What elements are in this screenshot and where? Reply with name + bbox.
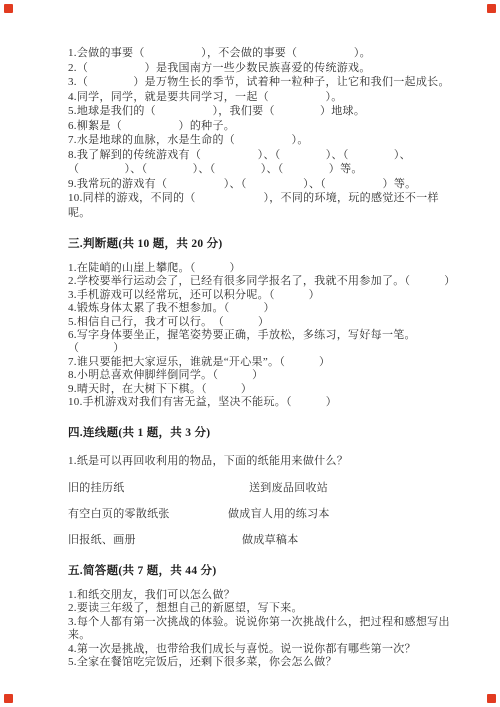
fill-question-line: 10.同样的游戏，不同的（ ），不同的环境，玩的感觉还不一样 — [68, 191, 466, 206]
section-title-judgement: 三.判断题(共 10 题，共 20 分) — [68, 235, 466, 251]
judgement-question-line: 6.写字身体要坐正，握笔姿势要正确，手放松，多练习，写好每一笔。 — [68, 329, 466, 342]
judgement-question-line: 10.手机游戏对我们有害无益，坚决不能玩。（ ） — [68, 396, 466, 409]
judgement-question-line: 1.在陡峭的山崖上攀爬。（ ） — [68, 262, 466, 275]
fill-question-line: 7.水是地球的血脉，水是生命的（ ）。 — [68, 133, 466, 148]
short-answer-question-line: 2.要读三年级了，想想自己的新愿望，写下来。 — [68, 602, 466, 615]
judgement-question-line: （ ） — [68, 342, 466, 355]
fill-question-line: 2.（ ）是我国南方一些少数民族喜爱的传统游戏。 — [68, 61, 466, 76]
exam-paper-page: 1.会做的事要（ ），不会做的事要（ ）。 2.（ ）是我国南方一些少数民族喜爱… — [0, 0, 500, 707]
matching-section: 四.连线题(共 1 题，共 3 分) 1.纸是可以再回收利用的物品，下面的纸能用… — [68, 424, 466, 547]
paper-content: 1.会做的事要（ ），不会做的事要（ ）。 2.（ ）是我国南方一些少数民族喜爱… — [68, 46, 466, 669]
judgement-section: 三.判断题(共 10 题，共 20 分) 1.在陡峭的山崖上攀爬。（ ） 2.学… — [68, 235, 466, 409]
judgement-question-line: 2.学校要举行运动会了，已经有很多同学报名了，我就不用参加了。（ ） — [68, 275, 466, 288]
matching-pair-row: 有空白页的零散纸张 做成盲人用的练习本 — [68, 507, 466, 521]
section-title-short-answer: 五.简答题(共 7 题，共 44 分) — [68, 562, 466, 578]
fill-question-line: 1.会做的事要（ ），不会做的事要（ ）。 — [68, 46, 466, 61]
fill-question-line: 9.我常玩的游戏有（ ）、（ ）、（ ）等。 — [68, 177, 466, 192]
matching-right-item: 送到废品回收站 — [249, 481, 328, 495]
matching-left-item: 有空白页的零散纸张 — [68, 507, 228, 521]
matching-left-item: 旧的挂历纸 — [68, 481, 228, 495]
matching-intro: 1.纸是可以再回收利用的物品，下面的纸能用来做什么？ — [68, 454, 466, 469]
corner-marker-icon — [487, 4, 496, 13]
matching-pair-row: 旧的挂历纸 送到废品回收站 — [68, 481, 466, 495]
judgement-question-line: 7.谁只要能把大家逗乐，谁就是“开心果”。（ ） — [68, 356, 466, 369]
fill-question-line: 3.（ ）是万物生长的季节，试着种一粒种子，让它和我们一起成长。 — [68, 75, 466, 90]
fill-question-line: 5.地球是我们的（ ），我们要（ ）地球。 — [68, 104, 466, 119]
fill-question-line: 6.柳絮是（ ）的种子。 — [68, 119, 466, 134]
matching-right-item: 做成草稿本 — [242, 533, 299, 547]
short-answer-question-line: 4.第一次是挑战，也带给我们成长与喜悦。说一说你都有哪些第一次？ — [68, 643, 466, 656]
short-answer-question-line: 3.每个人都有第一次挑战的体验。说说你第一次挑战什么，把过程和感想写出 — [68, 616, 466, 629]
judgement-question-line: 5.相信自己行，我才可以行。 （ ） — [68, 316, 466, 329]
corner-marker-icon — [487, 694, 496, 703]
short-answer-question-line: 5.全家在餐馆吃完饭后，还剩下很多菜，你会怎么做？ — [68, 656, 466, 669]
judgement-question-line: 3.手机游戏可以经常玩，还可以积分呢。（ ） — [68, 289, 466, 302]
corner-marker-icon — [4, 694, 13, 703]
short-answer-section: 五.简答题(共 7 题，共 44 分) 1.和纸交朋友，我们可以怎么做？ 2.要… — [68, 562, 466, 669]
judgement-question-line: 4.锻炼身体太累了我不想参加。（ ） — [68, 302, 466, 315]
fill-question-line: （ ）、（ ）、（ ）、（ ）等。 — [68, 162, 466, 177]
fill-question-line: 8.我了解到的传统游戏有（ ）、（ ）、（ ）、 — [68, 148, 466, 163]
fill-in-blanks-section: 1.会做的事要（ ），不会做的事要（ ）。 2.（ ）是我国南方一些少数民族喜爱… — [68, 46, 466, 220]
judgement-question-line: 9.晴天时，在大树下下棋。（ ） — [68, 383, 466, 396]
short-answer-question-line: 1.和纸交朋友，我们可以怎么做？ — [68, 589, 466, 602]
matching-pair-row: 旧报纸、画册 做成草稿本 — [68, 533, 466, 547]
matching-right-item: 做成盲人用的练习本 — [228, 507, 330, 521]
judgement-question-line: 8.小明总喜欢伸脚绊倒同学。（ ） — [68, 369, 466, 382]
short-answer-question-line: 来。 — [68, 629, 466, 642]
fill-question-line: 呢。 — [68, 206, 466, 221]
section-title-matching: 四.连线题(共 1 题，共 3 分) — [68, 424, 466, 440]
matching-left-item: 旧报纸、画册 — [68, 533, 228, 547]
fill-question-line: 4.同学，同学，就是要共同学习，一起（ ）。 — [68, 90, 466, 105]
corner-marker-icon — [4, 4, 13, 13]
